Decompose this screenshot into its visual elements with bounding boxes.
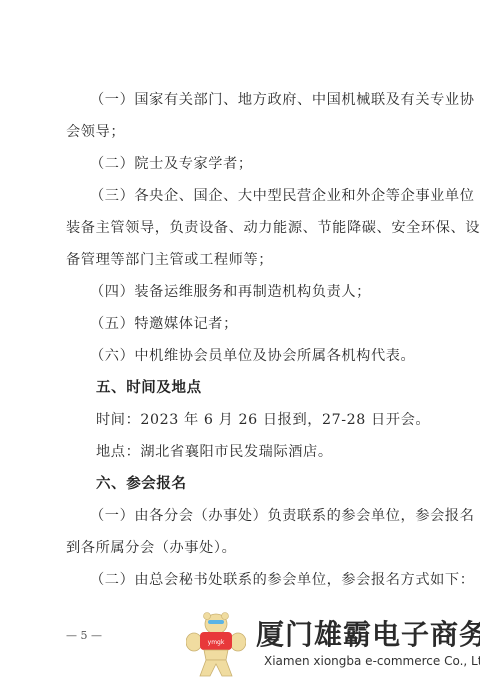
body-line: （二）院士及专家学者； [90, 155, 452, 173]
mascot-shirt-text: ymgk [208, 639, 225, 646]
section-heading-registration: 六、参会报名 [96, 475, 458, 493]
body-line: 会领导； [66, 123, 428, 141]
body-line: 备管理等部门主管或工程师等； [66, 251, 428, 269]
body-line: 装备主管领导，负责设备、动力能源、节能降碳、安全环保、设 [66, 219, 428, 237]
body-line: （五）特邀媒体记者； [90, 315, 452, 333]
company-name-en: Xiamen xiongba e-commerce Co., Ltd [264, 654, 480, 668]
registration-para1-line1: （一）由各分会（办事处）负责联系的参会单位，参会报名 [90, 507, 452, 525]
registration-para1-line2: 到各所属分会（办事处）。 [66, 539, 428, 557]
body-line: （六）中机维协会员单位及协会所属各机构代表。 [90, 347, 452, 365]
body-line: （三）各央企、国企、大中型民营企业和外企等企事业单位 [90, 187, 452, 205]
registration-para2: （二）由总会秘书处联系的参会单位，参会报名方式如下： [90, 571, 452, 589]
section-heading-time-location: 五、时间及地点 [96, 379, 458, 397]
body-line: （一）国家有关部门、地方政府、中国机械联及有关专业协 [90, 91, 452, 109]
place-text: 地点：湖北省襄阳市民发瑞际酒店。 [96, 443, 458, 461]
time-text: 时间：2023 年 6 月 26 日报到，27-28 日开会。 [96, 411, 458, 429]
page-number: — 5 — [66, 629, 102, 642]
mascot-logo-icon: ymgk [186, 612, 246, 678]
body-line: （四）装备运维服务和再制造机构负责人； [90, 283, 452, 301]
company-name-cn: 厦门雄霸电子商务 [256, 613, 480, 653]
